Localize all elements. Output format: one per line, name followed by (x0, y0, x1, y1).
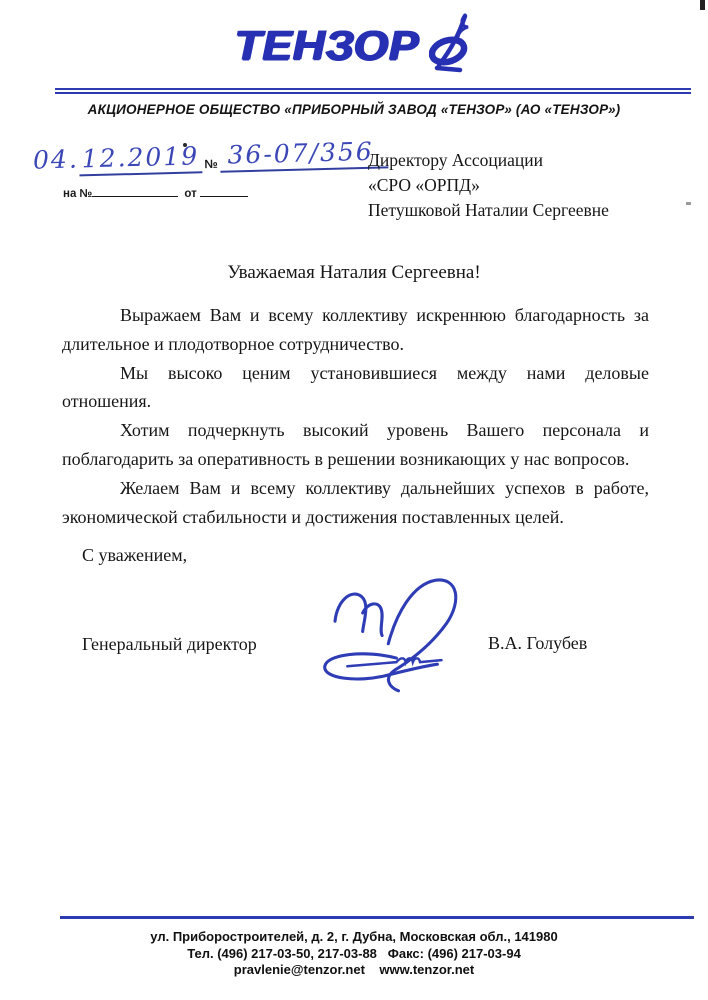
scan-artifact-speck (686, 202, 691, 205)
reply-ot-label: от (184, 188, 196, 200)
footer-contact-block: ул. Приборостроителей, д. 2, г. Дубна, М… (0, 929, 708, 979)
body-paragraph: Выражаем Вам и всему коллективу искренню… (62, 301, 649, 359)
recipient-line: Петушковой Наталии Сергеевне (368, 198, 609, 223)
ink-speck (183, 143, 187, 147)
reply-reference-row: на №от (63, 185, 248, 200)
recipient-block: Директору Ассоциации «СРО «ОРПД» Петушко… (368, 148, 609, 223)
recipient-line: «СРО «ОРПД» (368, 173, 609, 198)
header-double-rule (55, 88, 691, 94)
body-paragraph: Желаем Вам и всему коллективу дальнейших… (62, 474, 649, 532)
handwritten-outgoing-number: 36-07/356 (219, 136, 388, 172)
footer-address-line: ул. Приборостроителей, д. 2, г. Дубна, М… (0, 929, 708, 946)
letter-page: ТЕНЗОР АКЦИОНЕРНОЕ ОБЩЕСТВО «ПРИБОРНЫЙ З… (0, 0, 708, 1000)
salutation: Уважаемая Наталия Сергеевна! (0, 262, 708, 284)
recipient-line: Директору Ассоциации (368, 148, 609, 173)
signer-title: Генеральный директор (82, 634, 257, 655)
reply-na-label: на № (63, 188, 92, 200)
blank-line-date (200, 185, 248, 197)
company-logo: ТЕНЗОР (0, 12, 708, 80)
logo-wordmark: ТЕНЗОР (235, 25, 420, 67)
number-sign: № (204, 157, 218, 171)
footer-rule (60, 916, 694, 919)
scan-artifact-corner (700, 0, 705, 10)
body-paragraph: Мы высоко ценим установившиеся между нам… (62, 359, 649, 417)
outgoing-reference-row: 04.12.2019№36-07/356 (33, 136, 388, 174)
signature-ink (316, 570, 481, 698)
footer-phone-line: Тел. (496) 217-03-50, 217-03-88 Факс: (4… (0, 946, 708, 963)
company-name-line: АКЦИОНЕРНОЕ ОБЩЕСТВО «ПРИБОРНЫЙ ЗАВОД «Т… (0, 102, 708, 117)
letter-body: Выражаем Вам и всему коллективу искренню… (62, 301, 649, 531)
logo-sail-emblem-icon (429, 11, 473, 75)
handwritten-date-day: 04. (33, 144, 80, 174)
signer-name: В.А. Голубев (488, 633, 587, 654)
closing-regards: С уважением, (82, 545, 187, 566)
blank-line-number (92, 185, 178, 197)
body-paragraph: Хотим подчеркнуть высокий уровень Вашего… (62, 416, 649, 474)
footer-email-web-line: pravlenie@tenzor.net www.tenzor.net (0, 962, 708, 979)
